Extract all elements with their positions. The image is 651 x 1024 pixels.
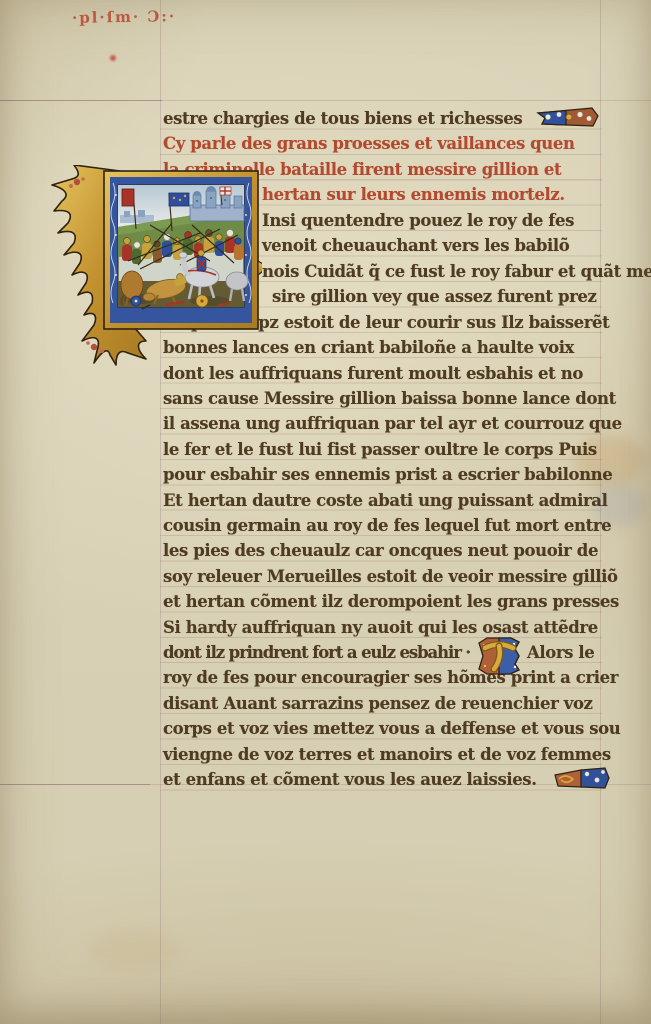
text-line: Et hertan dautre coste abati ung puissan… [163, 490, 607, 512]
small-initial [476, 636, 522, 676]
rubric-line: Cy parle des grans proesses et vaillance… [163, 133, 575, 155]
battle-miniature [118, 185, 248, 309]
text-line: disant Auant sarrazins pensez de reuench… [163, 693, 593, 715]
text-line: viengne de voz terres et manoirs et de v… [163, 744, 611, 766]
text-line: sire gillion vey que assez furent prez [272, 286, 596, 308]
quire-mark: ·pl·ſm· Ɔ:· [72, 7, 176, 27]
text-line: corps et voz vies mettez vous a deffense… [163, 718, 620, 740]
text-line: roy de fes pour encouragier ses hõmes p… [163, 667, 618, 689]
line-filler-icon [553, 766, 611, 790]
text-line: il assena ung auffriquan par tel ayr et … [163, 413, 622, 435]
text-line: cousin germain au roy de fes lequel fut … [163, 515, 611, 537]
manuscript-page: { "page": {"kind": "illuminated-manuscri… [0, 0, 651, 1024]
ruling-horizontal-top-left [0, 100, 162, 101]
text-line: Insi quentendre pouez le roy de fes [262, 210, 574, 232]
text-line: Si hardy auffriquan ny auoit qui les osa… [163, 617, 598, 639]
text-line: pour esbahir ses ennemis prist a escrier… [163, 464, 612, 486]
text-line: le fer et le fust lui fist passer oultre… [163, 439, 597, 461]
ruling-horizontal-bottom-left [0, 784, 150, 785]
rubric-line: hertan sur leurs ennemis mortelz. [262, 184, 565, 206]
text-line: soy releuer Merueilles estoit de veoir m… [163, 566, 618, 588]
ruling-vertical-left [160, 0, 161, 1024]
text-line: et enfans et cõment vous les auez laiss… [163, 769, 537, 791]
text-line: et hertan cõment ilz derompoient les gr… [163, 591, 619, 613]
text-line: dont ilz prindrent fort a eulz esbahir · [163, 642, 470, 664]
ink-speck [110, 55, 116, 61]
text-line: sans cause Messire gillion baissa bonne … [163, 388, 616, 410]
text-line: Alors le [527, 642, 594, 664]
parchment-stain [90, 930, 180, 970]
text-line: estre chargies de tous biens et richesse… [163, 108, 522, 130]
text-line: nois Cuidãt q̃ ce fust le roy fabur et … [262, 261, 651, 283]
text-line: les pies des cheuaulz car oncques neut p… [163, 540, 598, 562]
line-filler-icon [536, 106, 600, 128]
historiated-initial [50, 165, 262, 370]
ruling-vertical-right [600, 0, 601, 1024]
text-line: venoit cheuauchant vers les babilõ [262, 235, 569, 257]
